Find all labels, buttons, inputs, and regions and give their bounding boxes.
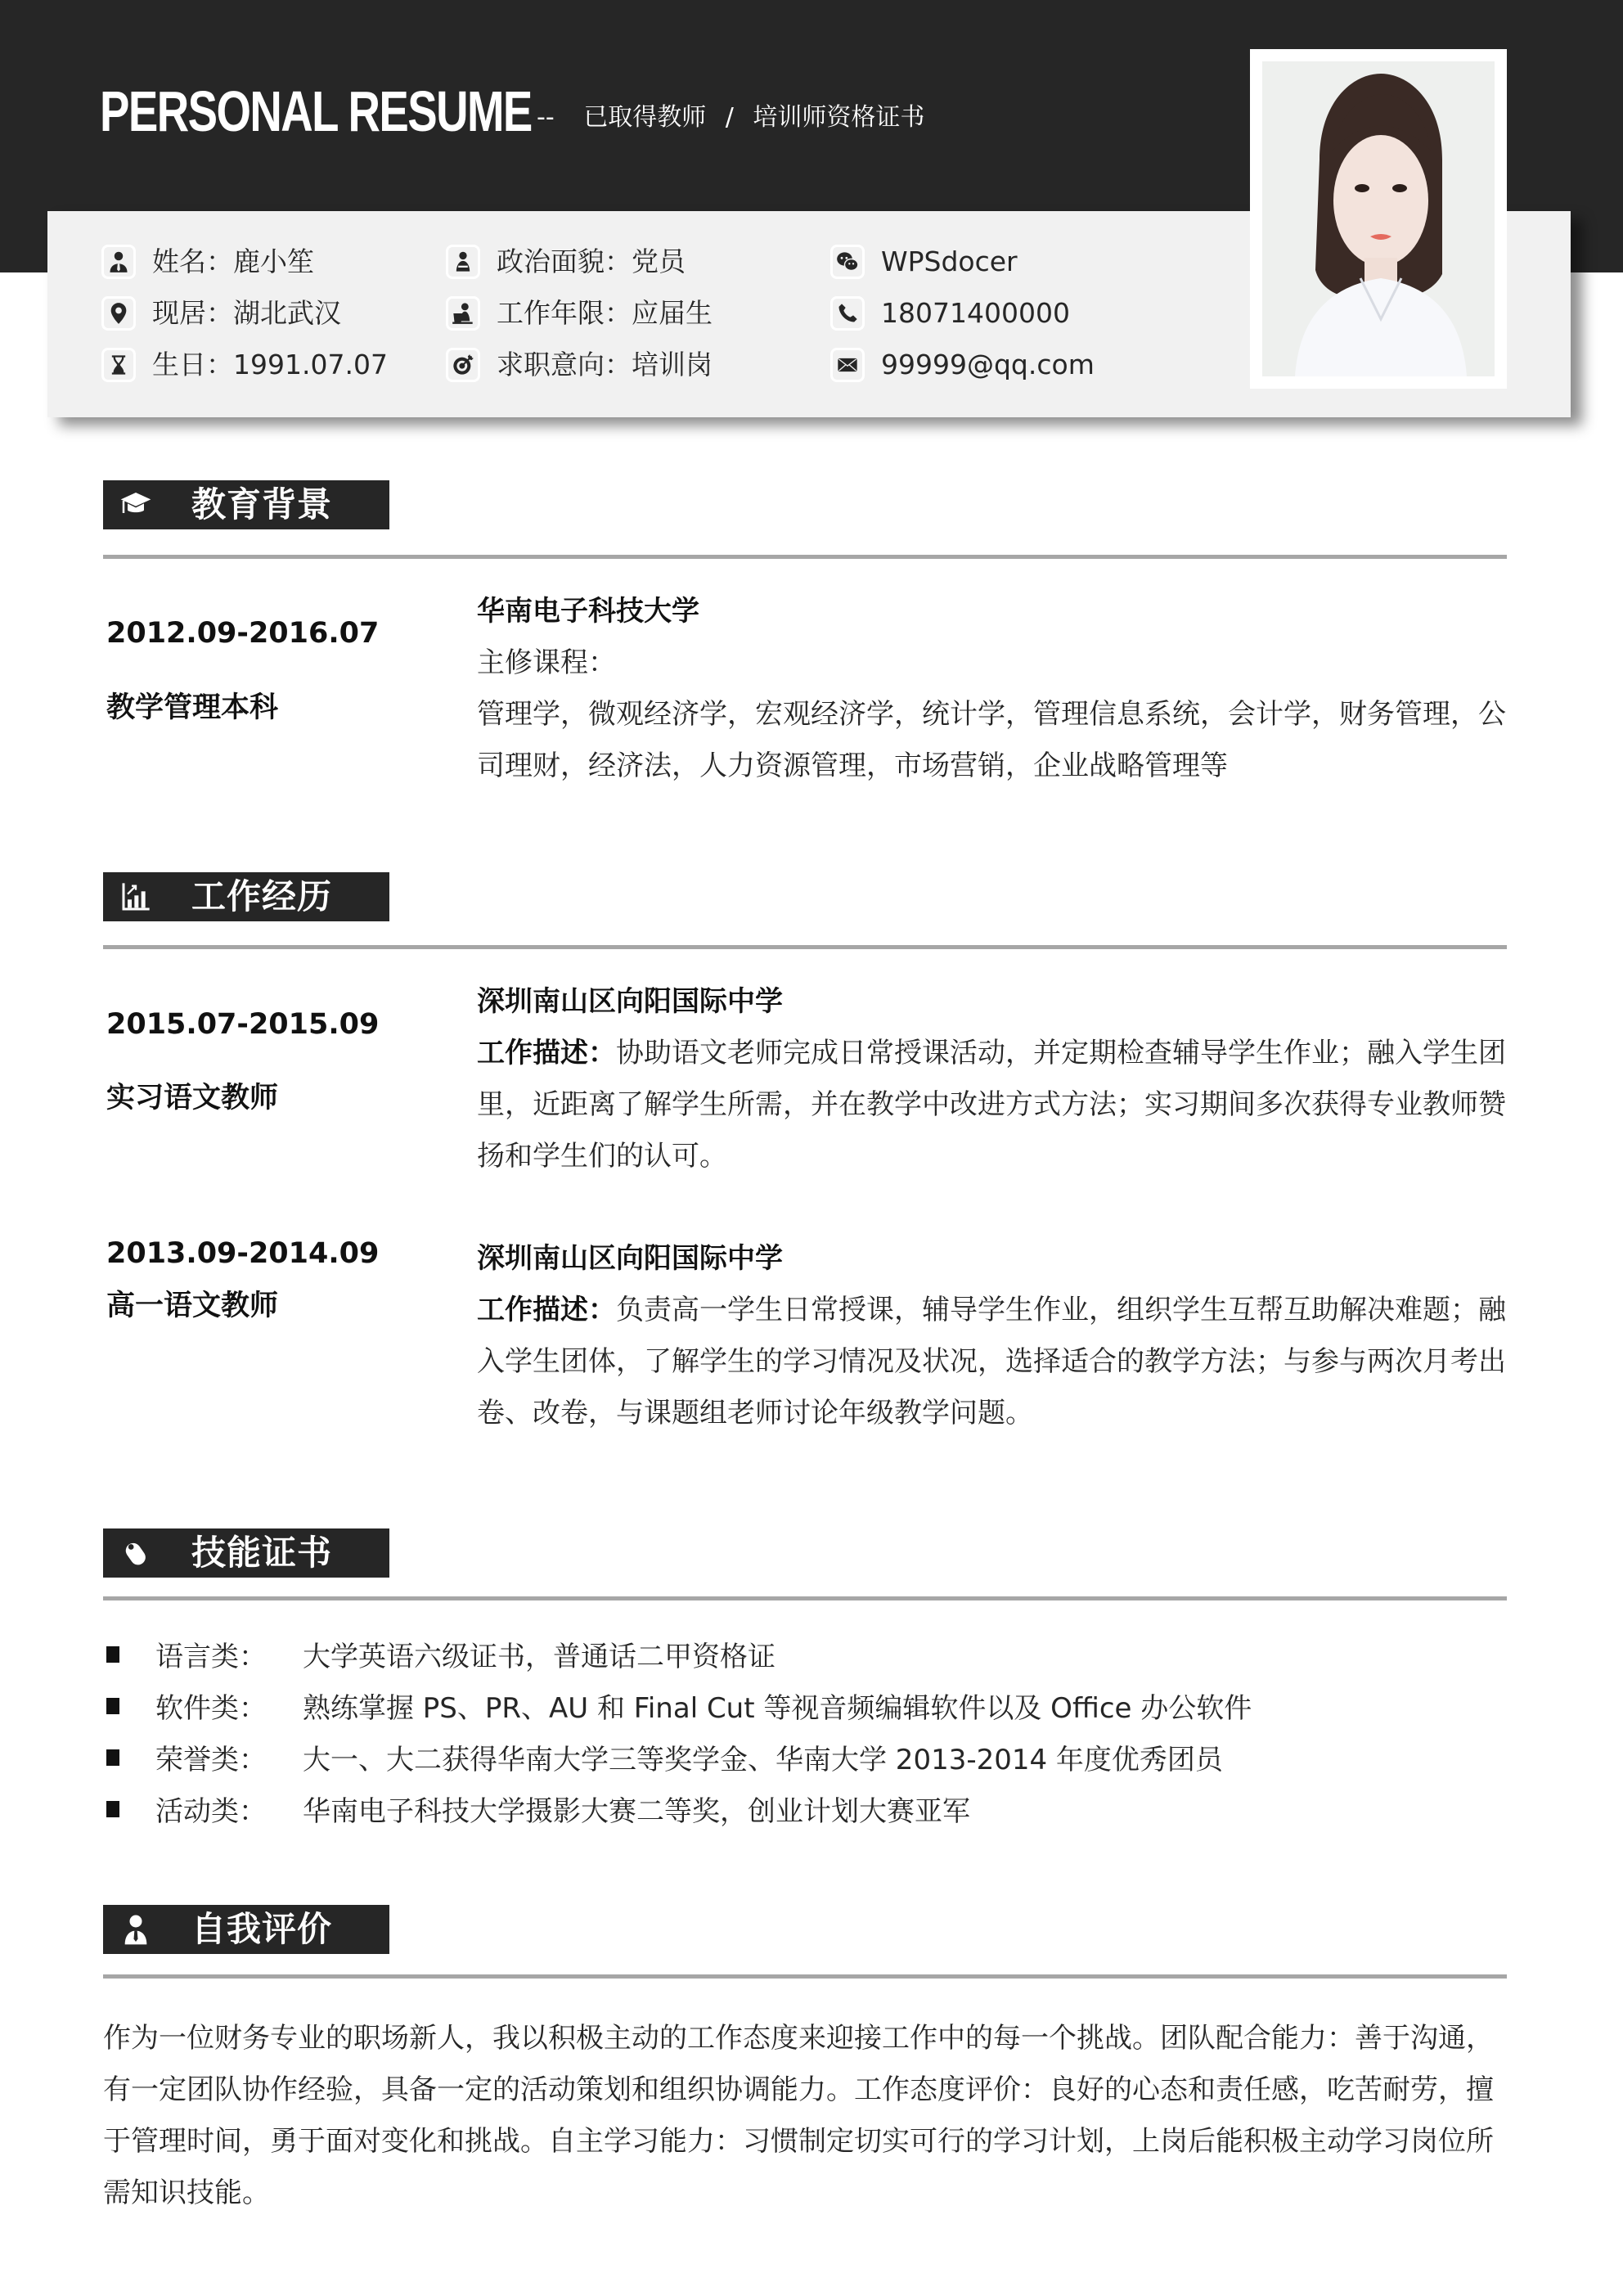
- courses-list: 管理学，微观经济学，宏观经济学，统计学，管理信息系统，会计学，财务管理，公司理财…: [477, 689, 1516, 792]
- info-column-status: 政治面貌：党员 工作年限：应届生 求职意向：培训岗: [446, 236, 713, 390]
- work-2-period: 2013.09-2014.09: [106, 1236, 379, 1272]
- work-2-desc: 工作描述：负责高一学生日常授课，辅导学生作业，组织学生互帮互助解决难题；融入学生…: [477, 1285, 1516, 1439]
- info-birthday: 生日：1991.07.07: [101, 339, 388, 390]
- education-details: 华南电子科技大学 主修课程： 管理学，微观经济学，宏观经济学，统计学，管理信息系…: [477, 586, 1516, 792]
- work-1-role: 实习语文教师: [106, 1080, 278, 1116]
- laptop-user-icon: [446, 296, 480, 331]
- section-divider: [103, 1974, 1507, 1979]
- section-header-skills: 技能证书: [103, 1528, 389, 1578]
- profile-photo: [1262, 61, 1495, 376]
- profile-photo-frame: [1250, 49, 1507, 389]
- education-degree: 教学管理本科: [106, 690, 278, 726]
- section-divider: [103, 1596, 1507, 1600]
- square-bullet-icon: [106, 1646, 119, 1663]
- square-bullet-icon: [106, 1698, 119, 1714]
- resume-subtitle: -- 已取得教师 / 培训师资格证书: [537, 101, 924, 134]
- info-column-basic: 姓名：鹿小笙 现居：湖北武汉 生日：1991.07.07: [101, 236, 388, 390]
- mail-icon: [830, 348, 865, 382]
- skill-item: 语言类： 大学英语六级证书，普通话二甲资格证: [106, 1628, 1252, 1680]
- location-pin-icon: [101, 296, 136, 331]
- subtitle-separator: /: [726, 103, 734, 132]
- info-residence: 现居：湖北武汉: [101, 287, 388, 339]
- skill-item: 荣誉类： 大一、大二获得华南大学三等奖学金、华南大学 2013-2014 年度优…: [106, 1731, 1252, 1783]
- section-header-evaluation: 自我评价: [103, 1905, 389, 1954]
- work-2-details: 深圳南山区向阳国际中学 工作描述：负责高一学生日常授课，辅导学生作业，组织学生互…: [477, 1233, 1516, 1439]
- school-name: 华南电子科技大学: [477, 586, 1516, 637]
- info-intent: 求职意向：培训岗: [446, 339, 713, 390]
- section-header-education: 教育背景: [103, 480, 389, 529]
- square-bullet-icon: [106, 1801, 119, 1817]
- section-divider: [103, 945, 1507, 949]
- wechat-icon: [830, 245, 865, 279]
- work-2-role: 高一语文教师: [106, 1288, 278, 1324]
- work-1-org: 深圳南山区向阳国际中学: [477, 976, 1516, 1028]
- section-divider: [103, 555, 1507, 559]
- info-name: 姓名：鹿小笙: [101, 236, 388, 287]
- work-1-period: 2015.07-2015.09: [106, 1006, 379, 1042]
- graduation-cap-icon: [103, 488, 169, 521]
- info-column-contact: WPSdocer 18071400000 99999@qq.com: [830, 236, 1095, 390]
- user-tie-icon: [101, 245, 136, 279]
- target-icon: [446, 348, 480, 382]
- work-1-desc: 工作描述：协助语文老师完成日常授课活动，并定期检查辅导学生作业；融入学生团里，近…: [477, 1028, 1516, 1182]
- wechat-id: WPSdocer: [881, 245, 1018, 278]
- resume-title: PERSONAL RESUME: [100, 79, 532, 144]
- skills-list: 语言类： 大学英语六级证书，普通话二甲资格证 软件类： 熟练掌握 PS、PR、A…: [106, 1628, 1252, 1835]
- work-2-org: 深圳南山区向阳国际中学: [477, 1233, 1516, 1285]
- hourglass-icon: [101, 348, 136, 382]
- info-phone: 18071400000: [830, 287, 1095, 339]
- self-evaluation-text: 作为一位财务专业的职场新人，我以积极主动的工作态度来迎接工作中的每一个挑战。团队…: [103, 2013, 1510, 2219]
- info-email: 99999@qq.com: [830, 339, 1095, 390]
- info-political: 政治面貌：党员: [446, 236, 713, 287]
- person-icon: [103, 1913, 169, 1946]
- courses-label: 主修课程：: [477, 637, 1516, 689]
- square-bullet-icon: [106, 1749, 119, 1766]
- phone-icon: [830, 296, 865, 331]
- phone-number: 18071400000: [881, 297, 1070, 330]
- email-address: 99999@qq.com: [881, 349, 1095, 381]
- section-header-work: 工作经历: [103, 872, 389, 921]
- businessman-icon: [446, 245, 480, 279]
- skill-item: 软件类： 熟练掌握 PS、PR、AU 和 Final Cut 等视音频编辑软件以…: [106, 1680, 1252, 1731]
- subtitle-cert-1: 已取得教师: [583, 103, 706, 132]
- subtitle-dash: --: [537, 103, 555, 132]
- subtitle-cert-2: 培训师资格证书: [753, 103, 924, 132]
- info-experience: 工作年限：应届生: [446, 287, 713, 339]
- bar-chart-icon: [103, 880, 169, 913]
- mouse-icon: [103, 1537, 169, 1569]
- work-1-details: 深圳南山区向阳国际中学 工作描述：协助语文老师完成日常授课活动，并定期检查辅导学…: [477, 976, 1516, 1182]
- info-wechat: WPSdocer: [830, 236, 1095, 287]
- skill-item: 活动类： 华南电子科技大学摄影大赛二等奖，创业计划大赛亚军: [106, 1783, 1252, 1835]
- education-period: 2012.09-2016.07: [106, 615, 379, 651]
